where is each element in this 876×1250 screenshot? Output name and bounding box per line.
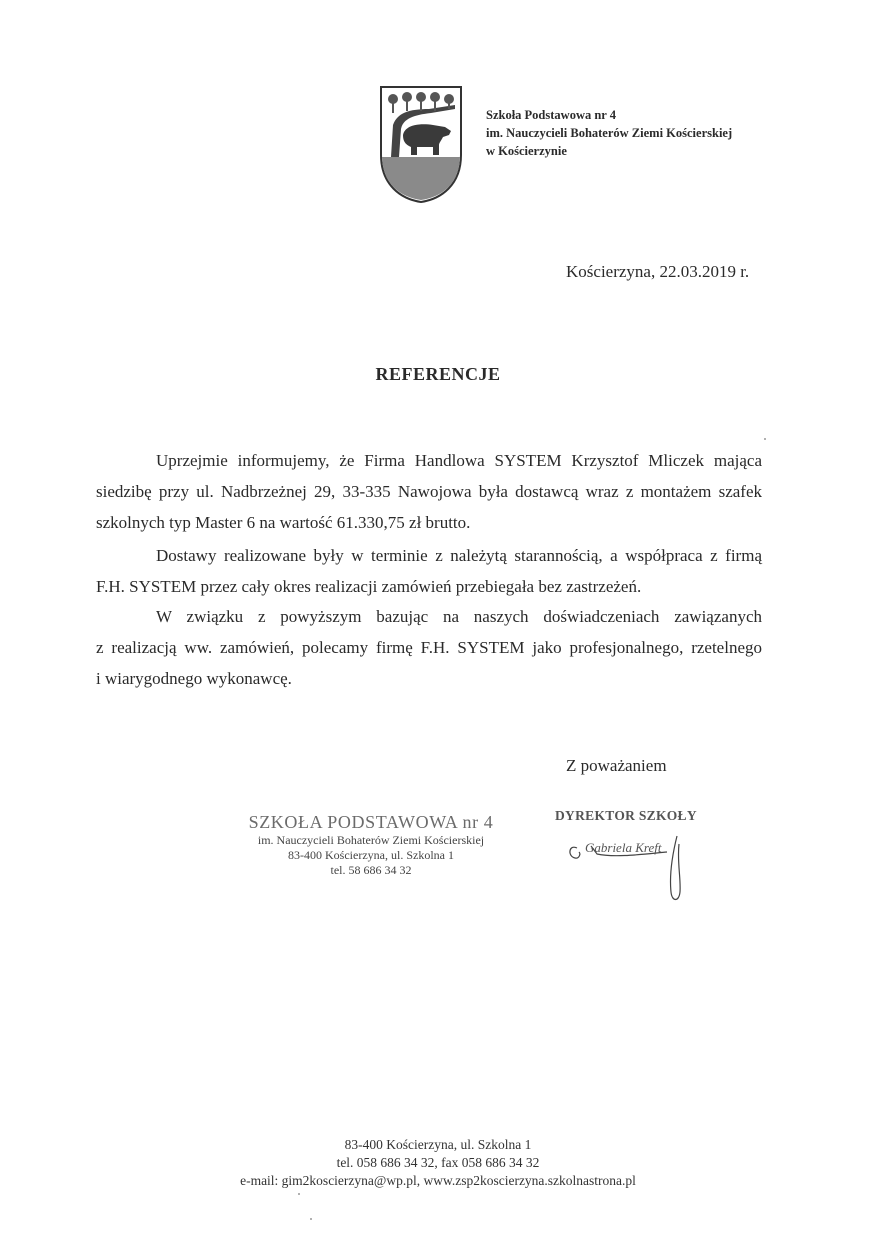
footer-phone: tel. 058 686 34 32, fax 058 686 34 32 [0,1154,876,1172]
school-header: Szkoła Podstawowa nr 4 im. Nauczycieli B… [486,106,732,160]
coat-of-arms-icon [379,85,463,203]
school-city: w Kościerzynie [486,142,732,160]
stamp-line: tel. 58 686 34 32 [240,863,502,878]
document-title: REFERENCJE [0,364,876,385]
paragraph-3: W związku z powyższym bazując na naszych… [96,601,762,694]
paragraph-line: F.H. SYSTEM przez cały okres realizacji … [96,571,762,602]
school-name: Szkoła Podstawowa nr 4 [486,106,732,124]
handwritten-signature-icon [555,822,715,912]
scan-speck [764,438,766,440]
school-stamp: SZKOŁA PODSTAWOWA nr 4 im. Nauczycieli B… [240,812,502,878]
director-name: Gabriela Kreft [585,840,661,856]
footer-contact: e-mail: gim2koscierzyna@wp.pl, www.zsp2k… [0,1172,876,1190]
paragraph-2: Dostawy realizowane były w terminie z na… [96,540,762,602]
paragraph-line: Dostawy realizowane były w terminie z na… [96,540,762,571]
paragraph-line: z realizacją ww. zamówień, polecamy firm… [96,632,762,663]
date-line: Kościerzyna, 22.03.2019 r. [566,262,749,282]
scan-speck [298,1193,300,1195]
paragraph-line: i wiarygodnego wykonawcę. [96,663,762,694]
stamp-school-name: SZKOŁA PODSTAWOWA nr 4 [240,812,502,833]
paragraph-line: W związku z powyższym bazując na naszych… [96,601,762,632]
paragraph-line: Uprzejmie informujemy, że Firma Handlowa… [96,445,762,476]
paragraph-line: szkolnych typ Master 6 na wartość 61.330… [96,507,762,538]
stamp-line: 83-400 Kościerzyna, ul. Szkolna 1 [240,848,502,863]
footer-address: 83-400 Kościerzyna, ul. Szkolna 1 [0,1136,876,1154]
director-signature-block: DYREKTOR SZKOŁY Gabriela Kreft [555,808,715,824]
letterhead-footer: 83-400 Kościerzyna, ul. Szkolna 1 tel. 0… [0,1136,876,1190]
closing-salutation: Z poważaniem [566,756,667,776]
stamp-line: im. Nauczycieli Bohaterów Ziemi Kościers… [240,833,502,848]
school-patron: im. Nauczycieli Bohaterów Ziemi Kościers… [486,124,732,142]
paragraph-1: Uprzejmie informujemy, że Firma Handlowa… [96,445,762,538]
paragraph-line: siedzibę przy ul. Nadbrzeżnej 29, 33-335… [96,476,762,507]
scan-speck [310,1218,312,1220]
